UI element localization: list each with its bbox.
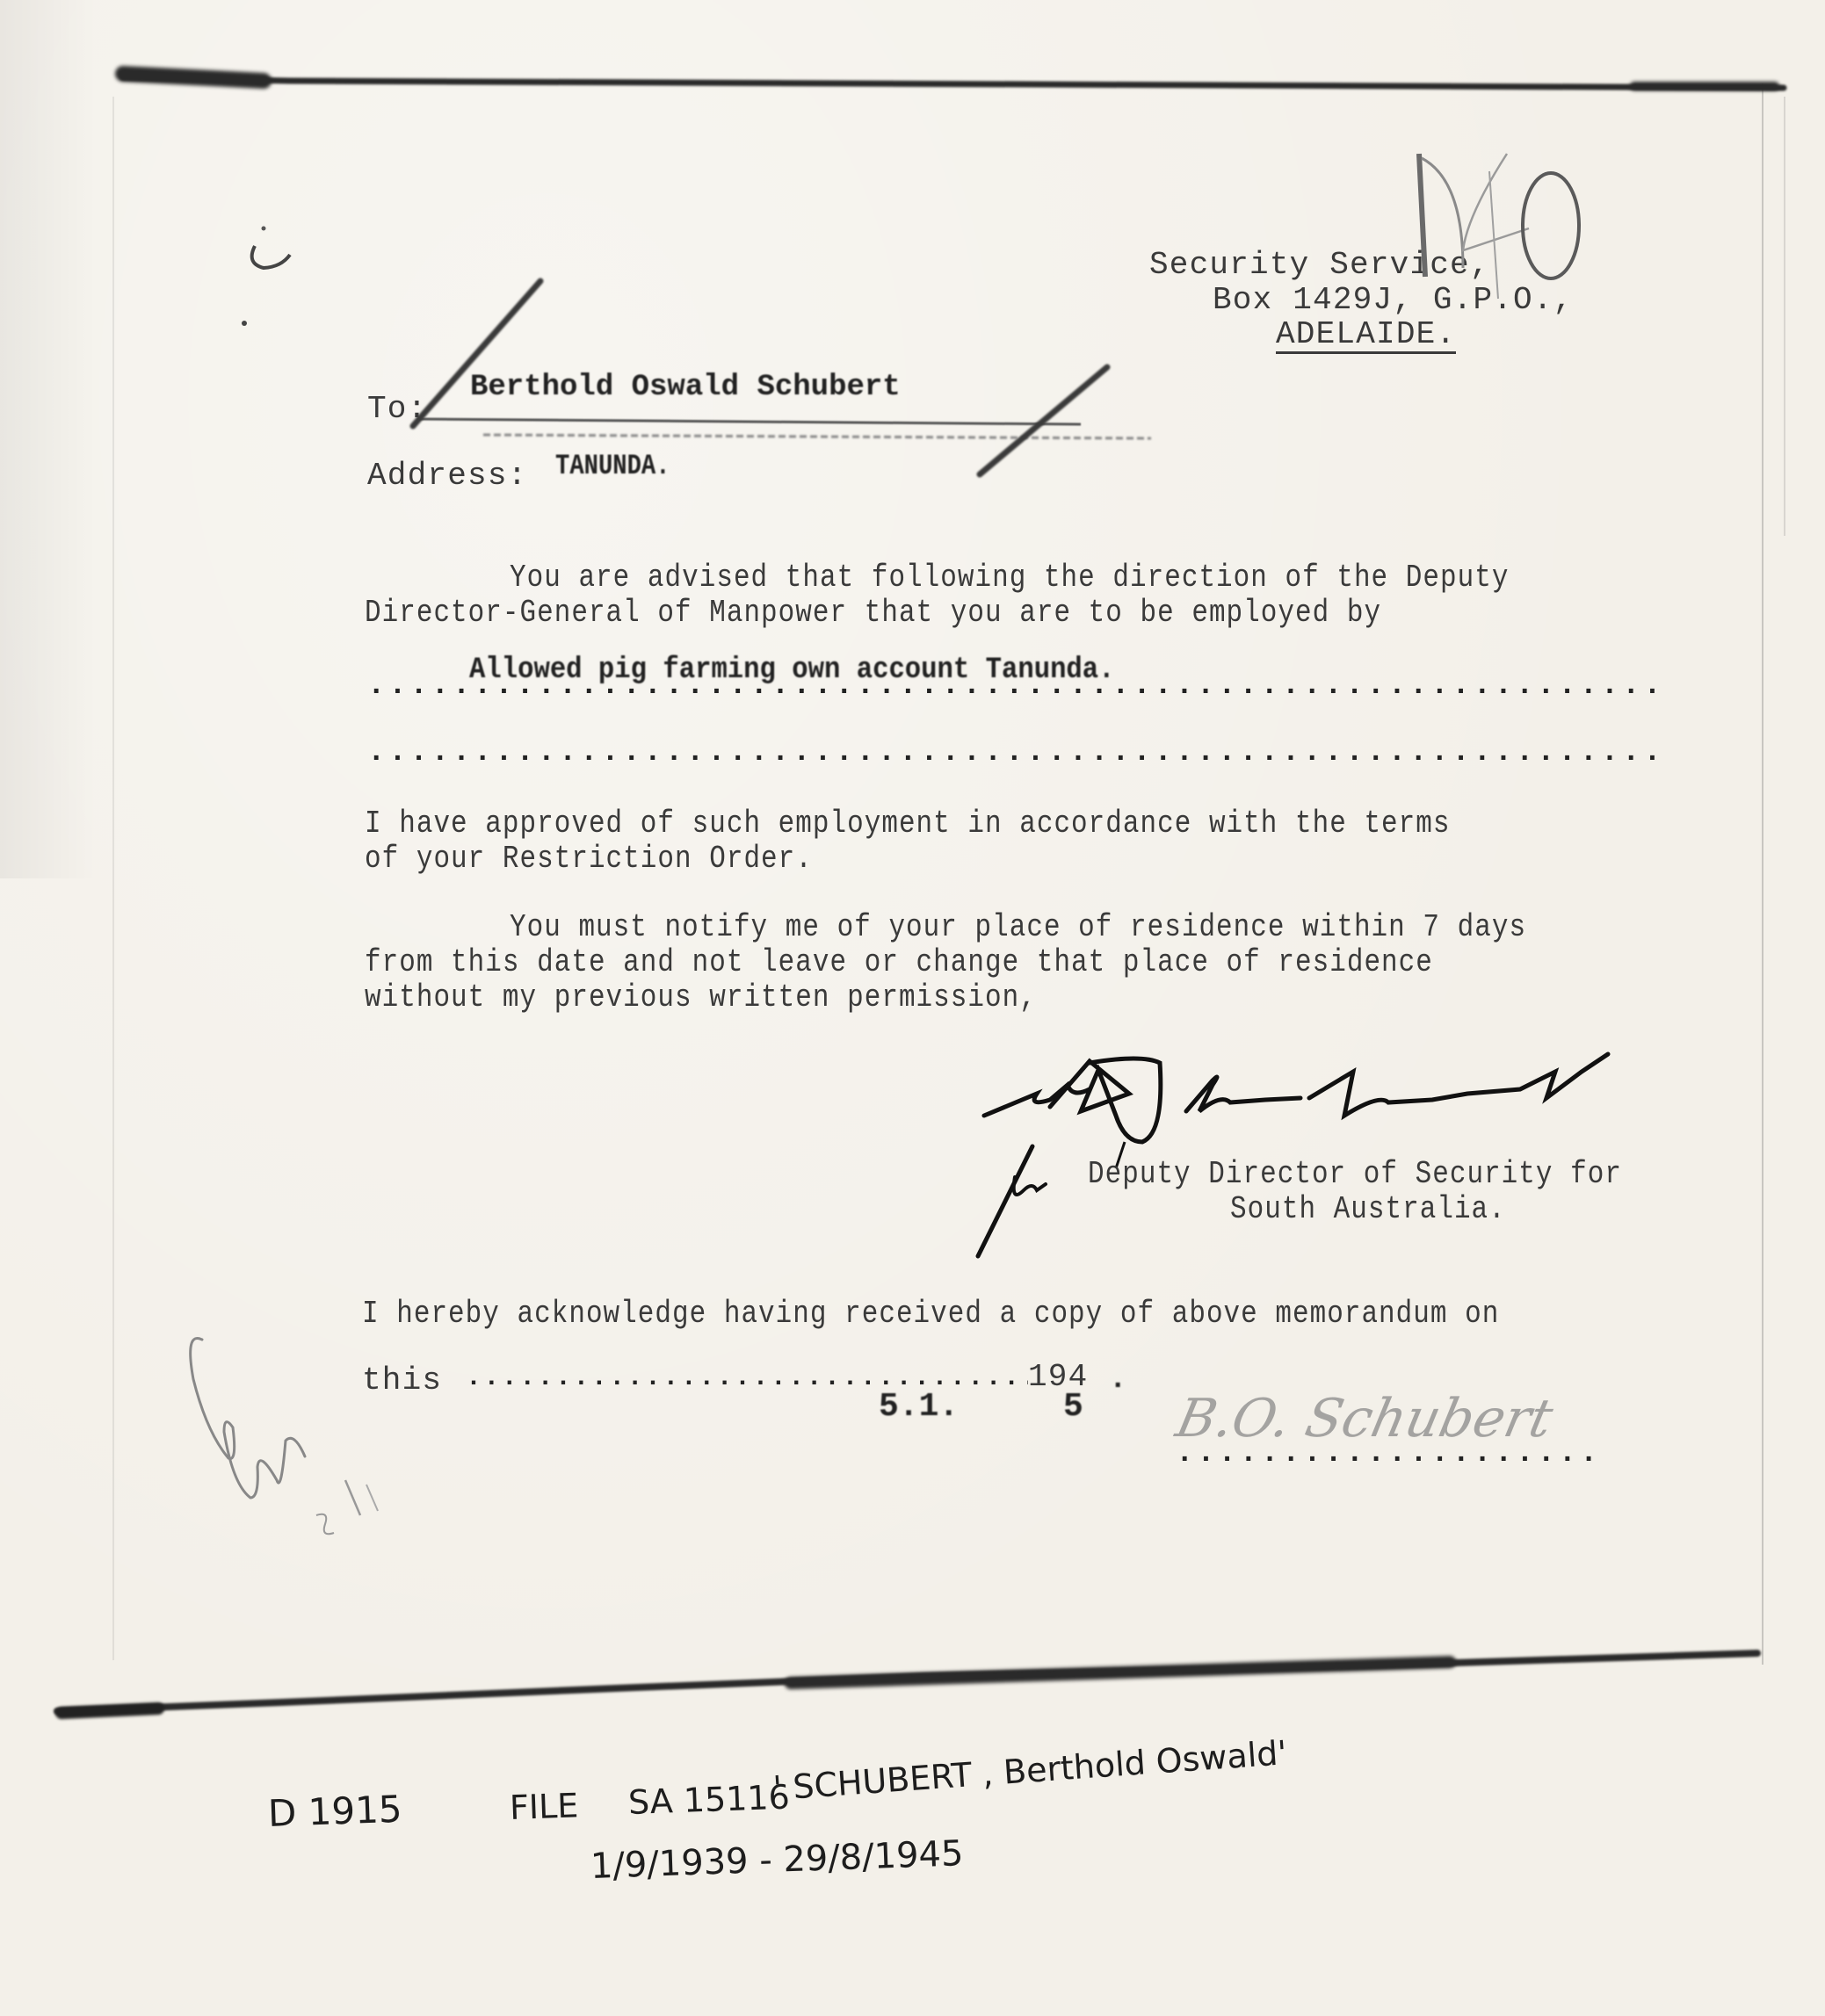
acknowledgement-line: I hereby acknowledge having received a c… <box>362 1297 1499 1332</box>
paragraph-3-line-3: without my previous written permission, <box>365 980 1037 1015</box>
archive-ref: D 1915 <box>267 1788 402 1835</box>
page-edge-line-right <box>1762 83 1763 1665</box>
top-edge-line <box>0 0 1825 123</box>
paragraph-3-line-2: from this date and not leave or change t… <box>365 945 1433 980</box>
margin-mark-icon <box>228 202 316 325</box>
stamped-year: 5 <box>1063 1388 1083 1426</box>
archive-file-label: FILE <box>509 1786 579 1827</box>
signatory-title-line-2: South Australia. <box>1230 1192 1506 1227</box>
paragraph-2-line-2: of your Restriction Order. <box>365 842 813 877</box>
page-edge-line-right-2 <box>1784 97 1785 536</box>
paragraph-2-line-1: I have approved of such employment in ac… <box>365 806 1450 842</box>
per-procurationem-mark <box>971 1142 1050 1265</box>
margin-pencil-initials <box>171 1318 400 1546</box>
strike-mark-right <box>967 360 1125 483</box>
archive-file-number: SA 15116 <box>627 1778 790 1822</box>
recipient-signature-dotted-line: .................... <box>1176 1437 1633 1470</box>
paragraph-3-line-1: You must notify me of your place of resi… <box>510 910 1526 945</box>
page-edge-line-left <box>112 97 114 1660</box>
address-value: TANUNDA. <box>555 450 670 482</box>
letterhead-city: ADELAIDE. <box>1276 318 1456 354</box>
page-shadow <box>0 0 97 878</box>
address-label: Address: <box>367 459 527 494</box>
employment-dotted-line-1: ........................................… <box>367 669 1668 703</box>
signatory-title-line-1: Deputy Director of Security for <box>1088 1157 1622 1192</box>
bottom-edge-line <box>0 1625 1825 1731</box>
employment-dotted-line-2: ........................................… <box>367 736 1668 770</box>
stamped-date: 5.1. <box>879 1388 959 1426</box>
strike-mark-left <box>387 272 562 439</box>
paragraph-1-line-1: You are advised that following the direc… <box>510 560 1509 596</box>
file-annotation-d40 <box>1415 145 1608 303</box>
paragraph-1-line-2: Director-General of Manpower that you ar… <box>365 596 1381 631</box>
acknowledgement-year-dot: . <box>1109 1363 1126 1397</box>
